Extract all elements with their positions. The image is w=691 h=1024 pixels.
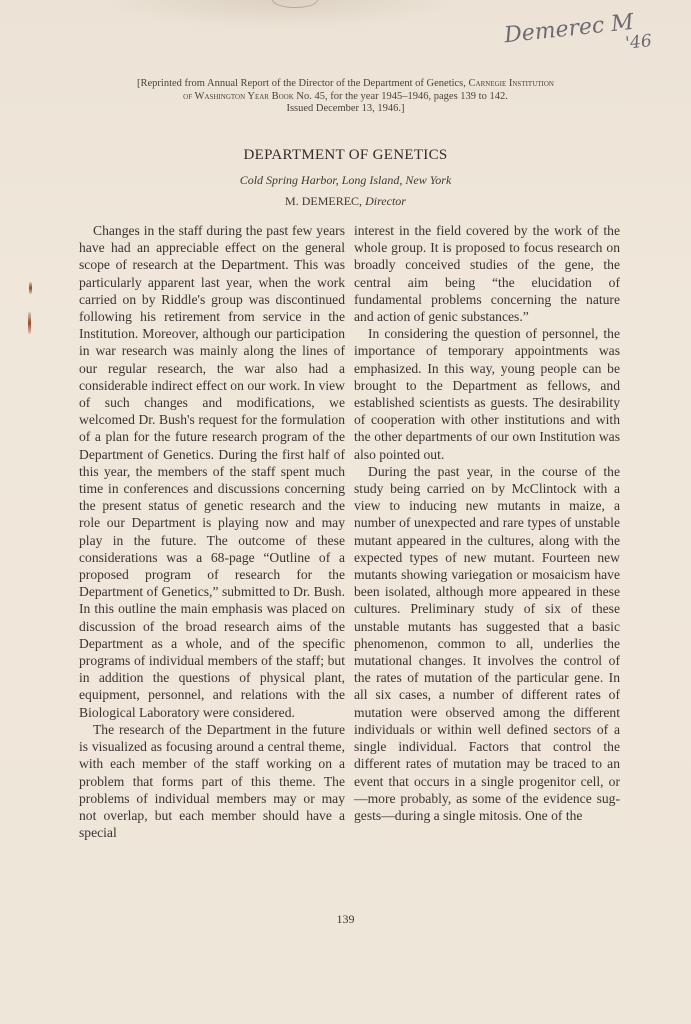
- paperclip-stain: [272, 0, 318, 8]
- paragraph: In considering the question of personnel…: [354, 325, 620, 463]
- left-column: Changes in the staff during the past few…: [79, 222, 345, 841]
- reprint-note: [Reprinted from Annual Report of the Dir…: [70, 78, 621, 116]
- page-title: DEPARTMENT OF GENETICS: [0, 147, 691, 164]
- document-page: Demerec M '46 [Reprinted from Annual Rep…: [0, 0, 691, 1024]
- director-name: M. DEMEREC,: [285, 194, 362, 208]
- director-role: Director: [365, 194, 406, 208]
- paragraph: Changes in the staff during the past few…: [79, 222, 345, 721]
- right-column: interest in the field covered by the wor…: [354, 222, 620, 824]
- paragraph: interest in the field covered by the wor…: [354, 222, 620, 325]
- handwritten-annotation: Demerec M '46: [503, 10, 666, 67]
- margin-ink-mark: [29, 282, 32, 294]
- director-line: M. DEMEREC, Director: [0, 194, 691, 209]
- reprint-line2-yearbook: of Washington Year Book: [183, 91, 294, 102]
- reprint-line2-suffix: No. 45, for the year 1945–1946, pages 13…: [294, 91, 508, 102]
- page-number: 139: [0, 912, 691, 927]
- location-subtitle: Cold Spring Harbor, Long Island, New Yor…: [0, 173, 691, 188]
- margin-ink-mark: [28, 312, 31, 334]
- paragraph: During the past year, in the course of t…: [354, 463, 620, 824]
- reprint-line1-prefix: [Reprinted from Annual Report of the Dir…: [137, 78, 469, 89]
- reprint-line1-institution: Carnegie Institution: [469, 78, 554, 89]
- reprint-issued-date: Issued December 13, 1946.]: [286, 103, 404, 114]
- paragraph: The research of the Department in the fu…: [79, 721, 345, 841]
